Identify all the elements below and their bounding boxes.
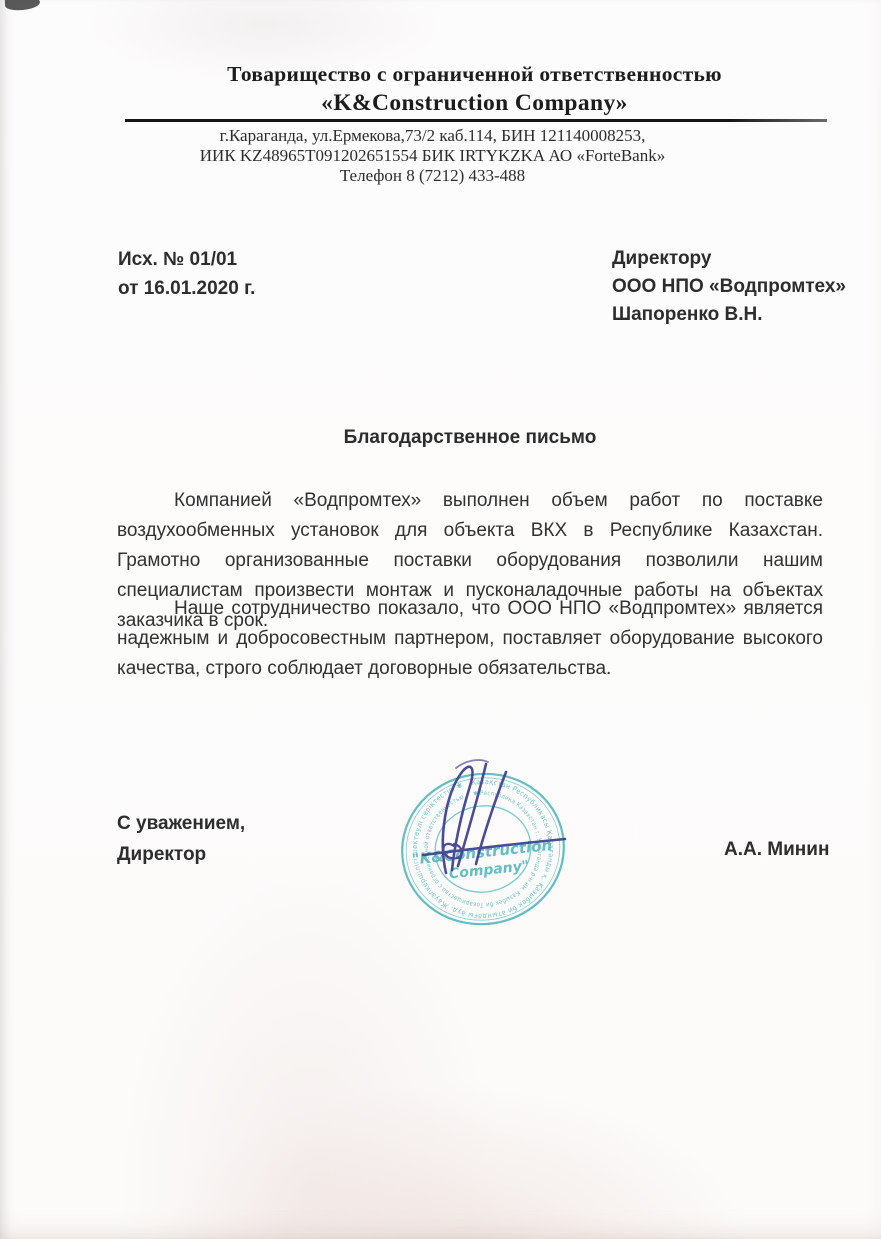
reference-block: Исх. № 01/01 от 16.01.2020 г.: [118, 245, 255, 303]
addressee-position: Директору: [612, 245, 846, 273]
closing-position: Директор: [117, 839, 245, 870]
letterhead-org-type: Товарищество с ограниченной ответственно…: [0, 62, 881, 87]
company-stamp: Қазақстан Республикасы Қарағанды қ. Қазы…: [393, 756, 583, 936]
letterhead-org-name: «K&Construction Company»: [0, 90, 881, 117]
letter-subject: Благодарственное письмо: [117, 427, 823, 449]
scanned-letter-page: Товарищество с ограниченной ответственно…: [0, 0, 881, 1239]
addressee-block: Директору ООО НПО «Водпромтех» Шапоренко…: [612, 245, 846, 329]
scan-corner-artifact: [5, 0, 41, 11]
closing-respect: С уважением,: [117, 808, 245, 839]
outgoing-number: Исх. № 01/01: [118, 245, 255, 274]
letterhead-address-line2: ИИК KZ48965T091202651554 БИК IRTYKZKA АО…: [0, 146, 865, 166]
body-paragraph-2: Наше сотрудничество показало, что ООО НП…: [117, 594, 823, 684]
closing-block: С уважением, Директор: [117, 808, 245, 870]
letterhead-phone: Телефон 8 (7212) 433-488: [0, 166, 865, 186]
letterhead-address-line1: г.Караганда, ул.Ермекова,73/2 каб.114, Б…: [0, 126, 865, 146]
letter-date: от 16.01.2020 г.: [118, 274, 255, 303]
addressee-name: Шапоренко В.Н.: [612, 301, 846, 329]
letterhead-divider: [125, 119, 827, 122]
addressee-company: ООО НПО «Водпромтех»: [612, 273, 846, 301]
signer-name: А.А. Минин: [724, 839, 829, 861]
